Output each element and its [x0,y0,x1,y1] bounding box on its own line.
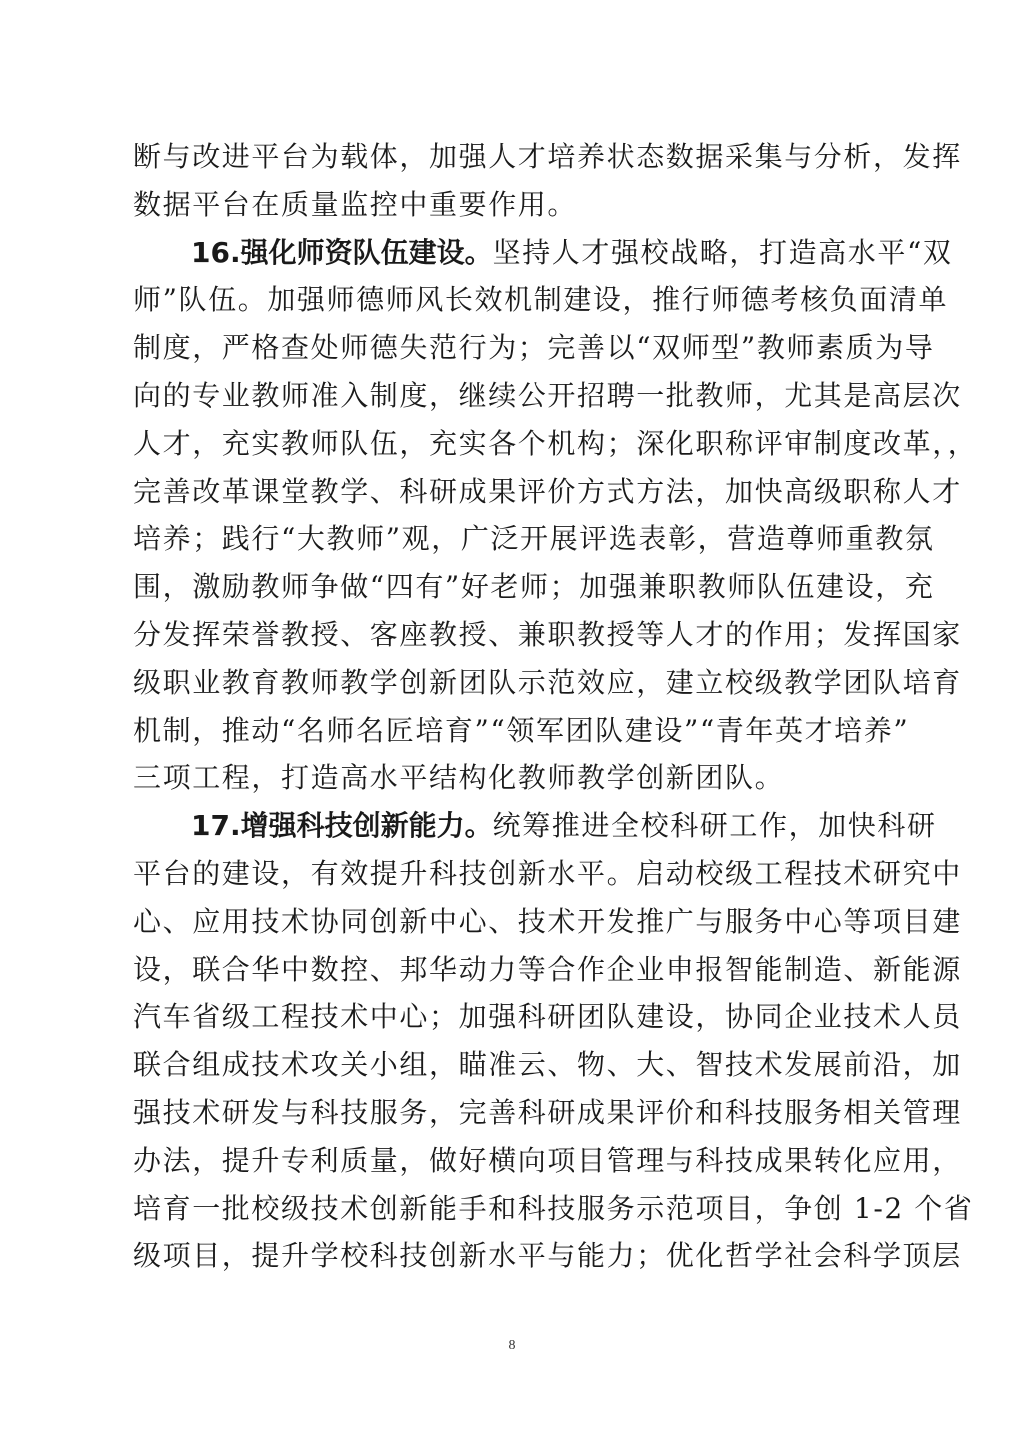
section-16-heading-line: 16.强化师资队伍建设。坚持人才强校战略，打造高水平“双 [133,229,893,277]
text-line: 级项目，提升学校科技创新水平与能力；优化哲学社会科学顶层 [133,1232,893,1280]
text-line: 制度，严格查处师德失范行为；完善以“双师型”教师素质为导 [133,324,893,372]
section-16-heading: 16.强化师资队伍建设。 [191,236,493,269]
section-17-heading-line: 17.增强科技创新能力。统筹推进全校科研工作，加快科研 [133,802,893,850]
text-line: 办法，提升专利质量，做好横向项目管理与科技成果转化应用， [133,1137,893,1185]
text-line: 级职业教育教师教学创新团队示范效应，建立校级教学团队培育 [133,659,893,707]
text-line: 平台的建设，有效提升科技创新水平。启动校级工程技术研究中 [133,850,893,898]
text-line: 联合组成技术攻关小组，瞄准云、物、大、智技术发展前沿，加 [133,1041,893,1089]
text-line: 围，激励教师争做“四有”好老师；加强兼职教师队伍建设，充 [133,563,893,611]
section-17-heading: 17.增强科技创新能力。 [191,809,493,842]
section-16-text: 坚持人才强校战略，打造高水平“双 [493,236,953,269]
body-text: 断与改进平台为载体，加强人才培养状态数据采集与分析，发挥 数据平台在质量监控中重… [133,133,893,1280]
text-line: 向的专业教师准入制度，继续公开招聘一批教师，尤其是高层次 [133,372,893,420]
text-line: 师”队伍。加强师德师风长效机制建设，推行师德考核负面清单 [133,276,893,324]
text-line: 三项工程，打造高水平结构化教师教学创新团队。 [133,754,893,802]
text-line: 断与改进平台为载体，加强人才培养状态数据采集与分析，发挥 [133,133,893,181]
text-line: 分发挥荣誉教授、客座教授、兼职教授等人才的作用；发挥国家 [133,611,893,659]
text-line: 完善改革课堂教学、科研成果评价方式方法，加快高级职称人才 [133,468,893,516]
text-line: 强技术研发与科技服务，完善科研成果评价和科技服务相关管理 [133,1089,893,1137]
text-line: 培养；践行“大教师”观，广泛开展评选表彰，营造尊师重教氛 [133,515,893,563]
text-line: 心、应用技术协同创新中心、技术开发推广与服务中心等项目建 [133,898,893,946]
section-17-text: 统筹推进全校科研工作，加快科研 [493,809,937,842]
text-line: 机制，推动“名师名匠培育”“领军团队建设”“青年英才培养” [133,707,893,755]
document-page: 断与改进平台为载体，加强人才培养状态数据采集与分析，发挥 数据平台在质量监控中重… [0,0,1024,1448]
page-number: 8 [0,1338,1024,1354]
text-line: 人才，充实教师队伍，充实各个机构；深化职称评审制度改革，， [133,420,893,468]
text-line: 设，联合华中数控、邦华动力等合作企业申报智能制造、新能源 [133,946,893,994]
text-line: 汽车省级工程技术中心；加强科研团队建设，协同企业技术人员 [133,993,893,1041]
text-line: 培育一批校级技术创新能手和科技服务示范项目，争创 1-2 个省 [133,1185,893,1233]
text-line: 数据平台在质量监控中重要作用。 [133,181,893,229]
